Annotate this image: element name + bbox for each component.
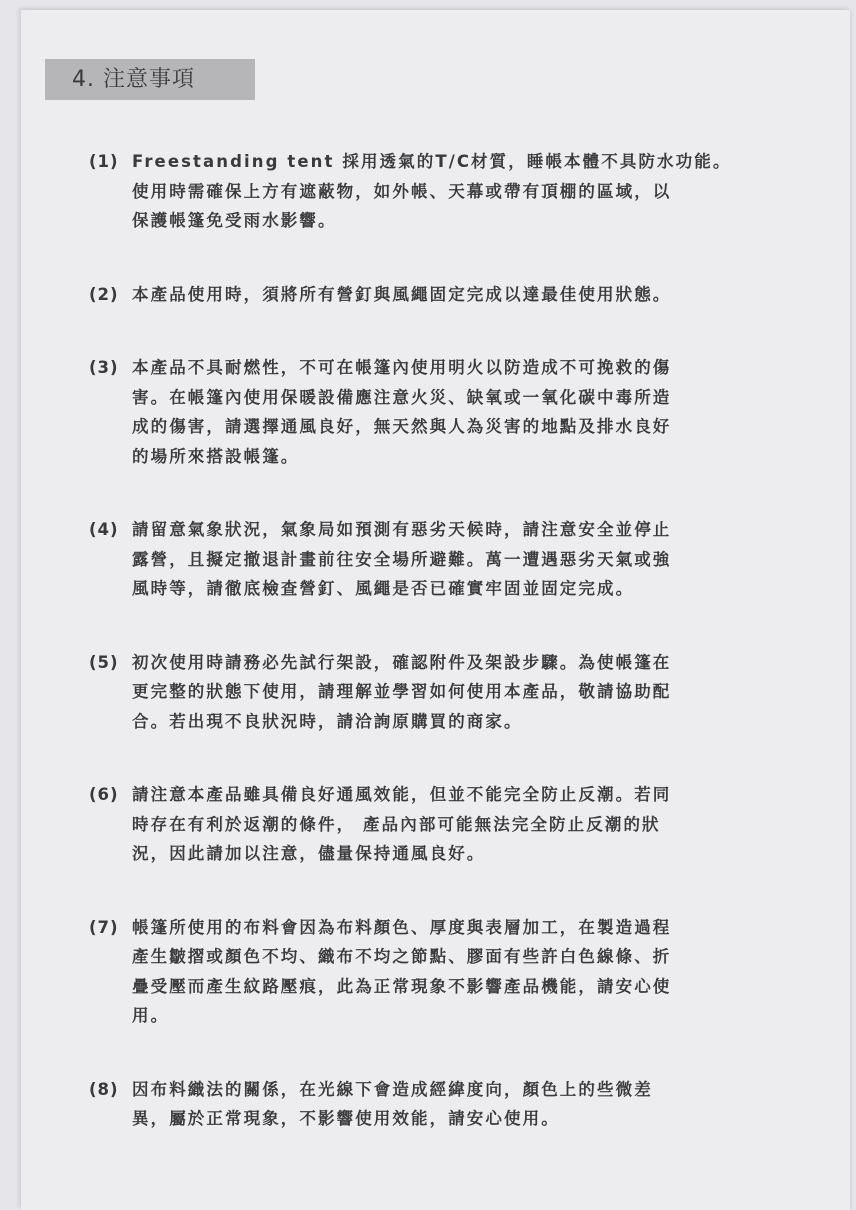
item-line: 的場所來搭設帳篷。	[132, 442, 789, 472]
item-line: 時存在有利於返潮的條件， 產品內部可能無法完全防止反潮的狀	[132, 810, 789, 840]
item-line: 請注意本產品雖具備良好通風效能，但並不能完全防止反潮。若同	[132, 780, 789, 810]
notice-item-6: (6) 請注意本產品雖具備良好通風效能，但並不能完全防止反潮。若同 時存在有利於…	[89, 780, 789, 869]
item-number: (1)	[89, 147, 119, 177]
document-page: 4. 注意事項 (1) Freestanding tent 採用透氣的T/C材質…	[21, 10, 850, 1200]
notice-item-4: (4) 請留意氣象狀況，氣象局如預測有惡劣天候時，請注意安全並停止 露營，且擬定…	[89, 515, 789, 604]
item-line: 況，因此請加以注意，儘量保持通風良好。	[132, 839, 789, 869]
notice-item-7: (7) 帳篷所使用的布料會因為布料顏色、厚度與表層加工，在製造過程 產生皺摺或顏…	[89, 913, 789, 1031]
item-line: 使用時需確保上方有遮蔽物，如外帳、天幕或帶有頂棚的區域，以	[132, 177, 789, 207]
notice-item-5: (5) 初次使用時請務必先試行架設，確認附件及架設步驟。為使帳篷在 更完整的狀態…	[89, 648, 789, 737]
item-line: 產生皺摺或顏色不均、織布不均之節點、膠面有些許白色線條、折	[132, 942, 789, 972]
notice-list: (1) Freestanding tent 採用透氣的T/C材質，睡帳本體不具防…	[89, 147, 789, 1178]
item-number: (2)	[89, 280, 119, 310]
notice-item-1: (1) Freestanding tent 採用透氣的T/C材質，睡帳本體不具防…	[89, 147, 789, 236]
notice-item-2: (2) 本產品使用時，須將所有營釘與風繩固定完成以達最佳使用狀態。	[89, 280, 789, 310]
item-line: 請留意氣象狀況，氣象局如預測有惡劣天候時，請注意安全並停止	[132, 515, 789, 545]
item-number: (6)	[89, 780, 119, 810]
item-line: 本產品使用時，須將所有營釘與風繩固定完成以達最佳使用狀態。	[132, 280, 789, 310]
item-line: 初次使用時請務必先試行架設，確認附件及架設步驟。為使帳篷在	[132, 648, 789, 678]
notice-item-3: (3) 本產品不具耐燃性，不可在帳篷內使用明火以防造成不可挽救的傷 害。在帳篷內…	[89, 353, 789, 471]
item-line: 本產品不具耐燃性，不可在帳篷內使用明火以防造成不可挽救的傷	[132, 353, 789, 383]
item-line: 用。	[132, 1001, 789, 1031]
item-line: 成的傷害，請選擇通風良好，無天然與人為災害的地點及排水良好	[132, 412, 789, 442]
item-number: (8)	[89, 1075, 119, 1105]
item-line: 異，屬於正常現象，不影響使用效能，請安心使用。	[132, 1104, 789, 1134]
item-number: (7)	[89, 913, 119, 943]
section-title: 4. 注意事項	[45, 59, 255, 100]
item-line: 合。若出現不良狀況時，請洽詢原購買的商家。	[132, 707, 789, 737]
item-number: (5)	[89, 648, 119, 678]
item-line: 疊受壓而產生紋路壓痕，此為正常現象不影響產品機能，請安心使	[132, 972, 789, 1002]
item-number: (4)	[89, 515, 119, 545]
item-line: 帳篷所使用的布料會因為布料顏色、厚度與表層加工，在製造過程	[132, 913, 789, 943]
item-number: (3)	[89, 353, 119, 383]
item-line: 保護帳篷免受雨水影響。	[132, 206, 789, 236]
item-line: 更完整的狀態下使用，請理解並學習如何使用本產品，敬請協助配	[132, 677, 789, 707]
item-line: 害。在帳篷內使用保暖設備應注意火災、缺氧或一氧化碳中毒所造	[132, 383, 789, 413]
item-line: 風時等，請徹底檢查營釘、風繩是否已確實牢固並固定完成。	[132, 574, 789, 604]
notice-item-8: (8) 因布料織法的關係，在光線下會造成經緯度向，顏色上的些微差 異，屬於正常現…	[89, 1075, 789, 1134]
item-line: 因布料織法的關係，在光線下會造成經緯度向，顏色上的些微差	[132, 1075, 789, 1105]
item-line: 露營，且擬定撤退計畫前往安全場所避難。萬一遭遇惡劣天氣或強	[132, 545, 789, 575]
item-line: Freestanding tent 採用透氣的T/C材質，睡帳本體不具防水功能。	[132, 147, 789, 177]
